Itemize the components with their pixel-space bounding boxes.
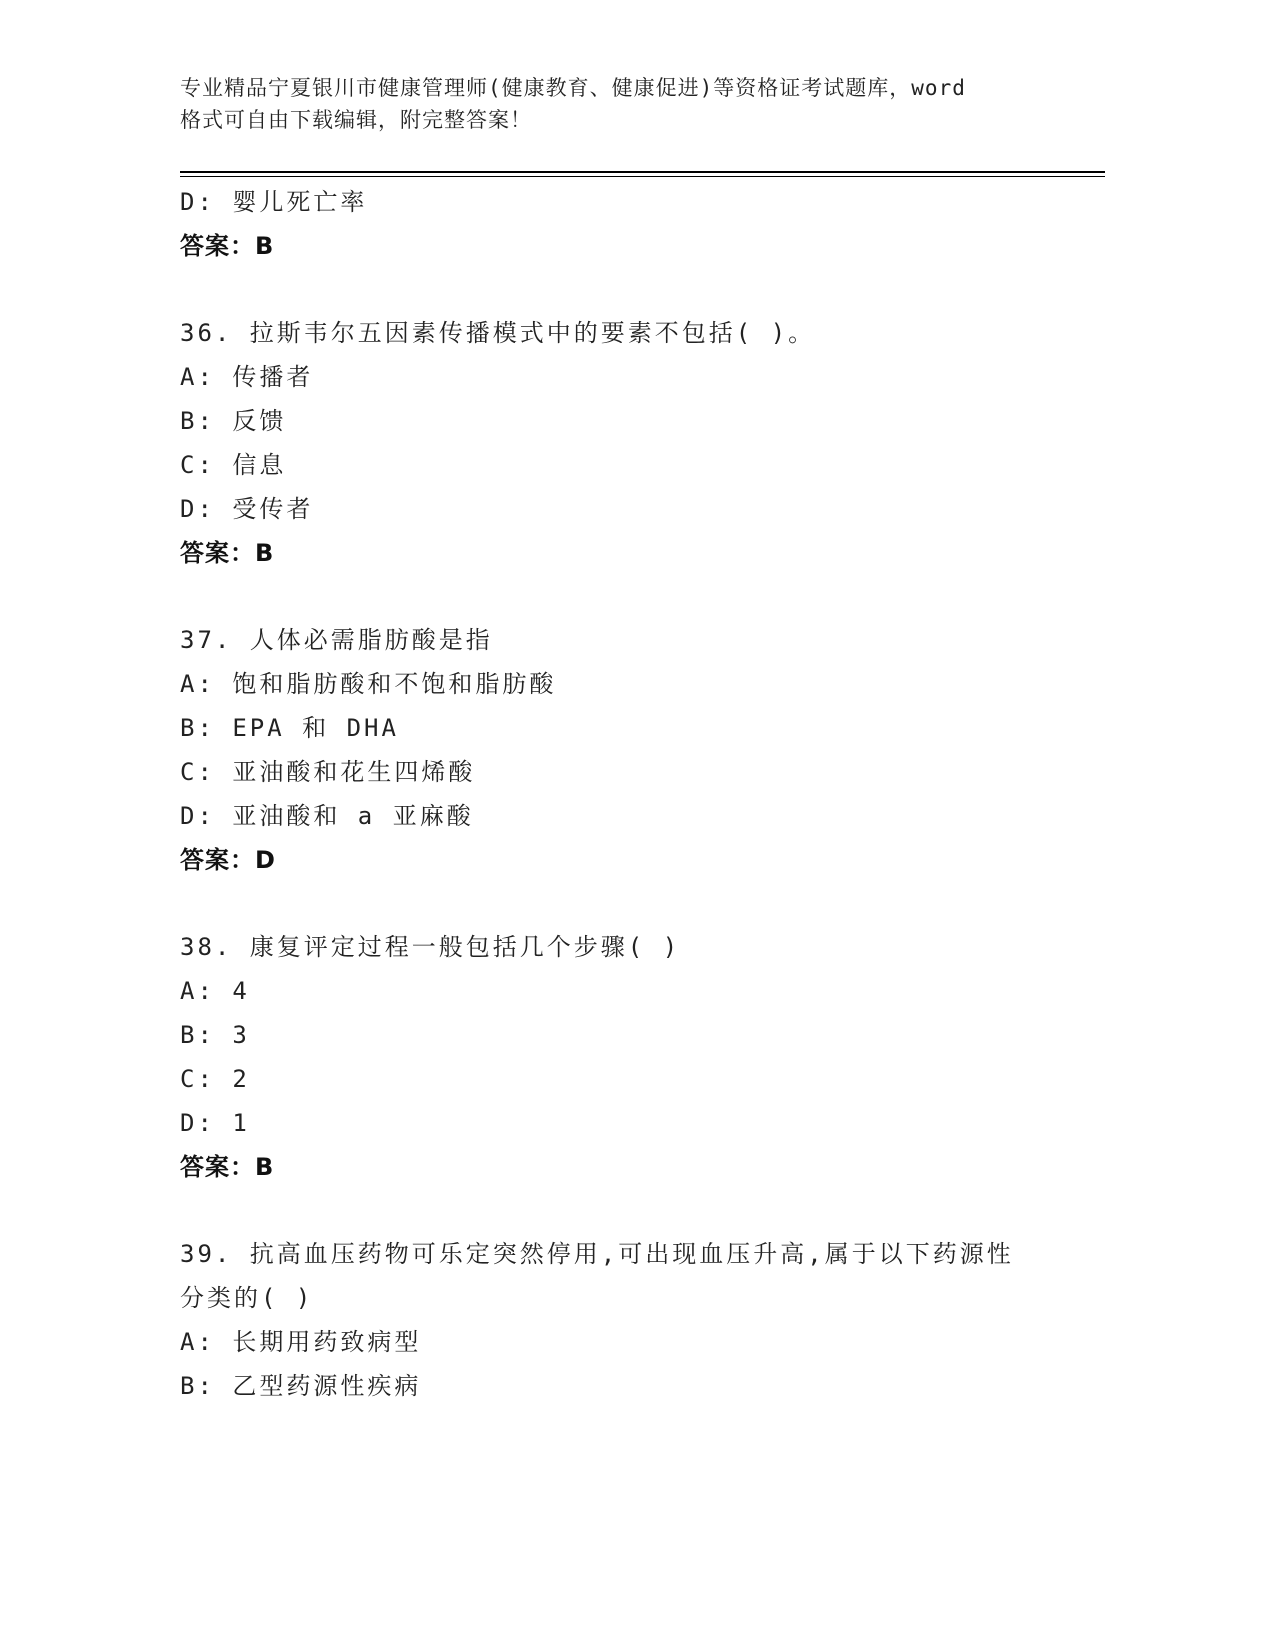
option-a: A: 传播者	[180, 355, 1080, 399]
question-stem-line-2: 分类的( )	[180, 1276, 1080, 1320]
option-a: A: 饱和脂肪酸和不饱和脂肪酸	[180, 662, 1080, 706]
question-stem: 36. 拉斯韦尔五因素传播模式中的要素不包括( )。	[180, 311, 1080, 355]
option-d: D: 1	[180, 1101, 1080, 1145]
prev-answer: 答案：B	[180, 224, 1080, 268]
option-b: B: 乙型药源性疾病	[180, 1364, 1080, 1408]
option-a: A: 长期用药致病型	[180, 1320, 1080, 1364]
header-line-1: 专业精品宁夏银川市健康管理师(健康教育、健康促进)等资格证考试题库，word	[180, 72, 1060, 104]
question-37: 37. 人体必需脂肪酸是指 A: 饱和脂肪酸和不饱和脂肪酸 B: EPA 和 D…	[180, 618, 1080, 882]
header-line-2: 格式可自由下载编辑，附完整答案！	[180, 104, 1060, 136]
option-a: A: 4	[180, 969, 1080, 1013]
document-body: D: 婴儿死亡率 答案：B 36. 拉斯韦尔五因素传播模式中的要素不包括( )。…	[180, 180, 1080, 1408]
question-stem-line-1: 39. 抗高血压药物可乐定突然停用,可出现血压升高,属于以下药源性	[180, 1232, 1080, 1276]
question-39: 39. 抗高血压药物可乐定突然停用,可出现血压升高,属于以下药源性 分类的( )…	[180, 1232, 1080, 1408]
answer: 答案：D	[180, 838, 1080, 882]
header-divider-thin	[180, 176, 1105, 177]
option-c: C: 2	[180, 1057, 1080, 1101]
answer: 答案：B	[180, 1145, 1080, 1189]
header-divider-thick	[180, 171, 1105, 173]
option-c: C: 亚油酸和花生四烯酸	[180, 750, 1080, 794]
answer: 答案：B	[180, 531, 1080, 575]
question-stem: 38. 康复评定过程一般包括几个步骤( )	[180, 925, 1080, 969]
question-38: 38. 康复评定过程一般包括几个步骤( ) A: 4 B: 3 C: 2 D: …	[180, 925, 1080, 1189]
option-c: C: 信息	[180, 443, 1080, 487]
question-36: 36. 拉斯韦尔五因素传播模式中的要素不包括( )。 A: 传播者 B: 反馈 …	[180, 311, 1080, 575]
option-b: B: 3	[180, 1013, 1080, 1057]
option-b: B: 反馈	[180, 399, 1080, 443]
option-b: B: EPA 和 DHA	[180, 706, 1080, 750]
document-header: 专业精品宁夏银川市健康管理师(健康教育、健康促进)等资格证考试题库，word 格…	[180, 72, 1060, 136]
option-d: D: 亚油酸和 a 亚麻酸	[180, 794, 1080, 838]
prev-option-d: D: 婴儿死亡率	[180, 180, 1080, 224]
question-stem: 37. 人体必需脂肪酸是指	[180, 618, 1080, 662]
option-d: D: 受传者	[180, 487, 1080, 531]
